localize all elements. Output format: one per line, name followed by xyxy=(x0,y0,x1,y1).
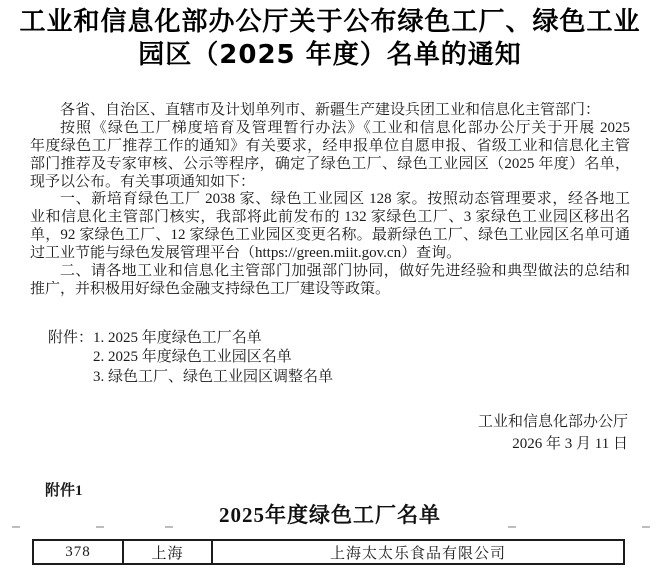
body-line: 部门推荐及专家审核、公示等程序，确定了绿色工厂、绿色工业园区（2025 年度）名… xyxy=(30,156,630,174)
body-line: 现予以公布。有关事项通知如下： xyxy=(30,174,630,192)
body-line-salutation: 各省、自治区、直辖市及计划单列市、新疆生产建设兵团工业和信息化主管部门： xyxy=(30,102,630,120)
attachment-item-3: 3. 绿色工厂、绿色工业园区调整名单 xyxy=(93,368,333,387)
attachment-items: 1. 2025 年度绿色工厂名单 2. 2025 年度绿色工业园区名单 3. 绿… xyxy=(93,329,333,387)
notice-title: 工业和信息化部办公厅关于公布绿色工厂、绿色工业 园区（2025 年度）名单的通知 xyxy=(0,6,660,72)
attachments-label: 附件： xyxy=(48,329,93,387)
signature-organization: 工业和信息化部办公厅 xyxy=(478,412,628,434)
body-line-item-two: 二、请各地工业和信息化主管部门加强部门协同，做好先进经验和典型做法的总结和 xyxy=(30,263,630,281)
scan-artifact-dash xyxy=(96,526,104,528)
table-row: 378 上海 上海太太乐食品有限公司 xyxy=(33,540,624,564)
cell-company-name: 上海太太乐食品有限公司 xyxy=(212,540,624,564)
cell-serial-number: 378 xyxy=(33,540,123,564)
notice-body: 各省、自治区、直辖市及计划单列市、新疆生产建设兵团工业和信息化主管部门： 按照《… xyxy=(30,102,630,299)
scan-artifact-dash xyxy=(12,526,20,528)
body-line: 单，92 家绿色工厂、12 家绿色工业园区变更名称。最新绿色工厂、绿色工业园区名… xyxy=(30,227,630,245)
scan-artifact-dash xyxy=(508,526,516,528)
annex-label: 附件1 xyxy=(45,479,83,500)
notice-document-page: 工业和信息化部办公厅关于公布绿色工厂、绿色工业 园区（2025 年度）名单的通知… xyxy=(0,0,660,584)
body-line: 按照《绿色工厂梯度培育及管理暂行办法》《工业和信息化部办公厅关于开展 2025 xyxy=(30,120,630,138)
notice-title-line-2: 园区（2025 年度）名单的通知 xyxy=(0,39,660,72)
scan-artifact-dash xyxy=(165,526,173,528)
scan-artifact-marks xyxy=(0,526,660,529)
body-line: 推广，并积极用好绿色金融支持绿色工厂建设等政策。 xyxy=(30,281,630,299)
attachments-list: 附件： 1. 2025 年度绿色工厂名单 2. 2025 年度绿色工业园区名单 … xyxy=(48,329,333,387)
scan-artifact-dash xyxy=(642,526,650,528)
body-line-item-one: 一、新培育绿色工厂 2038 家、绿色工业园区 128 家。按照动态管理要求，经… xyxy=(30,191,630,209)
body-line-platform-url: 过工业节能与绿色发展管理平台（https://green.miit.gov.cn… xyxy=(30,245,630,263)
body-line: 业和信息化主管部门核实，我部将此前发布的 132 家绿色工厂、3 家绿色工业园区… xyxy=(30,209,630,227)
green-factory-table: 378 上海 上海太太乐食品有限公司 xyxy=(32,539,625,565)
cell-region: 上海 xyxy=(123,540,212,564)
body-line: 年度绿色工厂推荐工作的通知》有关要求，经申报单位自愿申报、省级工业和信息化主管 xyxy=(30,138,630,156)
notice-title-line-1: 工业和信息化部办公厅关于公布绿色工厂、绿色工业 xyxy=(0,6,660,39)
signature-block: 工业和信息化部办公厅 2026 年 3 月 11 日 xyxy=(478,412,628,455)
attachment-item-1: 1. 2025 年度绿色工厂名单 xyxy=(93,329,333,348)
attachment-item-2: 2. 2025 年度绿色工业园区名单 xyxy=(93,348,333,367)
annex-table-title: 2025年度绿色工厂名单 xyxy=(0,499,660,529)
signature-date: 2026 年 3 月 11 日 xyxy=(478,434,628,456)
